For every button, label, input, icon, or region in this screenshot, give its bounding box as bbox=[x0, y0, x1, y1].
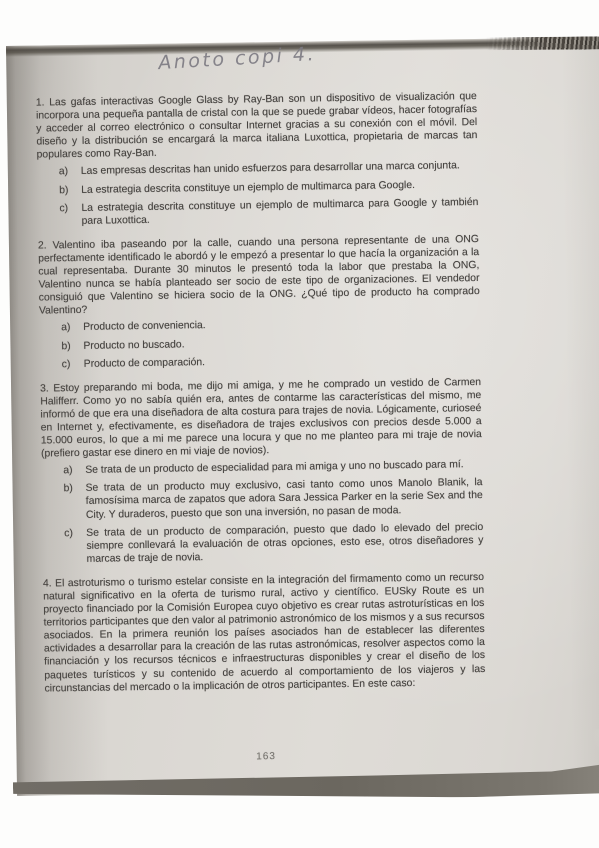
question-block-2: 2. Valentino iba paseando por la calle, … bbox=[38, 233, 481, 371]
question-text: 1. Las gafas interactivas Google Glass b… bbox=[36, 90, 478, 162]
question-block-3: 3. Estoy preparando mi boda, me dijo mi … bbox=[40, 376, 484, 567]
option-text: Producto de comparación. bbox=[84, 352, 481, 371]
option-label: a) bbox=[63, 464, 85, 477]
page-number: 163 bbox=[46, 748, 487, 766]
option-text: Producto no buscado. bbox=[83, 333, 480, 352]
option-label: c) bbox=[64, 526, 87, 566]
option-text: Se trata de un producto de comparación, … bbox=[86, 521, 484, 566]
option-item: c) Producto de comparación. bbox=[62, 352, 481, 371]
option-text: La estrategia descrita constituye un eje… bbox=[81, 196, 478, 228]
option-text: Las empresas descritas han unido esfuerz… bbox=[81, 159, 478, 178]
option-label: c) bbox=[59, 202, 81, 229]
option-text: Producto de conveniencia. bbox=[83, 315, 480, 334]
option-item: b) Producto no buscado. bbox=[61, 333, 480, 352]
option-item: b) Se trata de un producto muy exclusivo… bbox=[63, 476, 483, 521]
option-item: a) Producto de conveniencia. bbox=[61, 315, 480, 334]
question-block-4: 4. El astroturismo o turismo estelar con… bbox=[43, 571, 486, 695]
option-text: La estrategia descrita constituye un eje… bbox=[81, 178, 478, 197]
question-text: 3. Estoy preparando mi boda, me dijo mi … bbox=[40, 376, 482, 461]
page-bottom-edge-shadow bbox=[13, 758, 599, 804]
option-label: b) bbox=[61, 339, 83, 352]
option-item: c) La estrategia descrita constituye un … bbox=[59, 196, 478, 228]
option-label: b) bbox=[59, 183, 81, 196]
question-block-1: 1. Las gafas interactivas Google Glass b… bbox=[36, 90, 479, 228]
option-label: b) bbox=[63, 482, 86, 522]
option-item: a) Las empresas descritas han unido esfu… bbox=[59, 159, 478, 178]
book-binding-texture bbox=[486, 36, 599, 50]
option-text: Se trata de un producto de especialidad … bbox=[85, 458, 482, 477]
option-text: Se trata de un producto muy exclusivo, c… bbox=[85, 476, 483, 521]
scanned-page: Anoto copi 4. 1. Las gafas interactivas … bbox=[6, 36, 599, 795]
option-item: c) Se trata de un producto de comparació… bbox=[64, 521, 484, 566]
question-text: 2. Valentino iba paseando por la calle, … bbox=[38, 233, 480, 318]
question-text: 4. El astroturismo o turismo estelar con… bbox=[43, 571, 486, 695]
option-label: a) bbox=[61, 321, 83, 334]
photo-canvas: Anoto copi 4. 1. Las gafas interactivas … bbox=[0, 0, 599, 848]
option-item: b) La estrategia descrita constituye un … bbox=[59, 178, 478, 197]
page-content: 1. Las gafas interactivas Google Glass b… bbox=[36, 90, 486, 706]
option-label: a) bbox=[59, 165, 81, 178]
option-item: a) Se trata de un producto de especialid… bbox=[63, 458, 482, 477]
option-label: c) bbox=[62, 357, 84, 370]
